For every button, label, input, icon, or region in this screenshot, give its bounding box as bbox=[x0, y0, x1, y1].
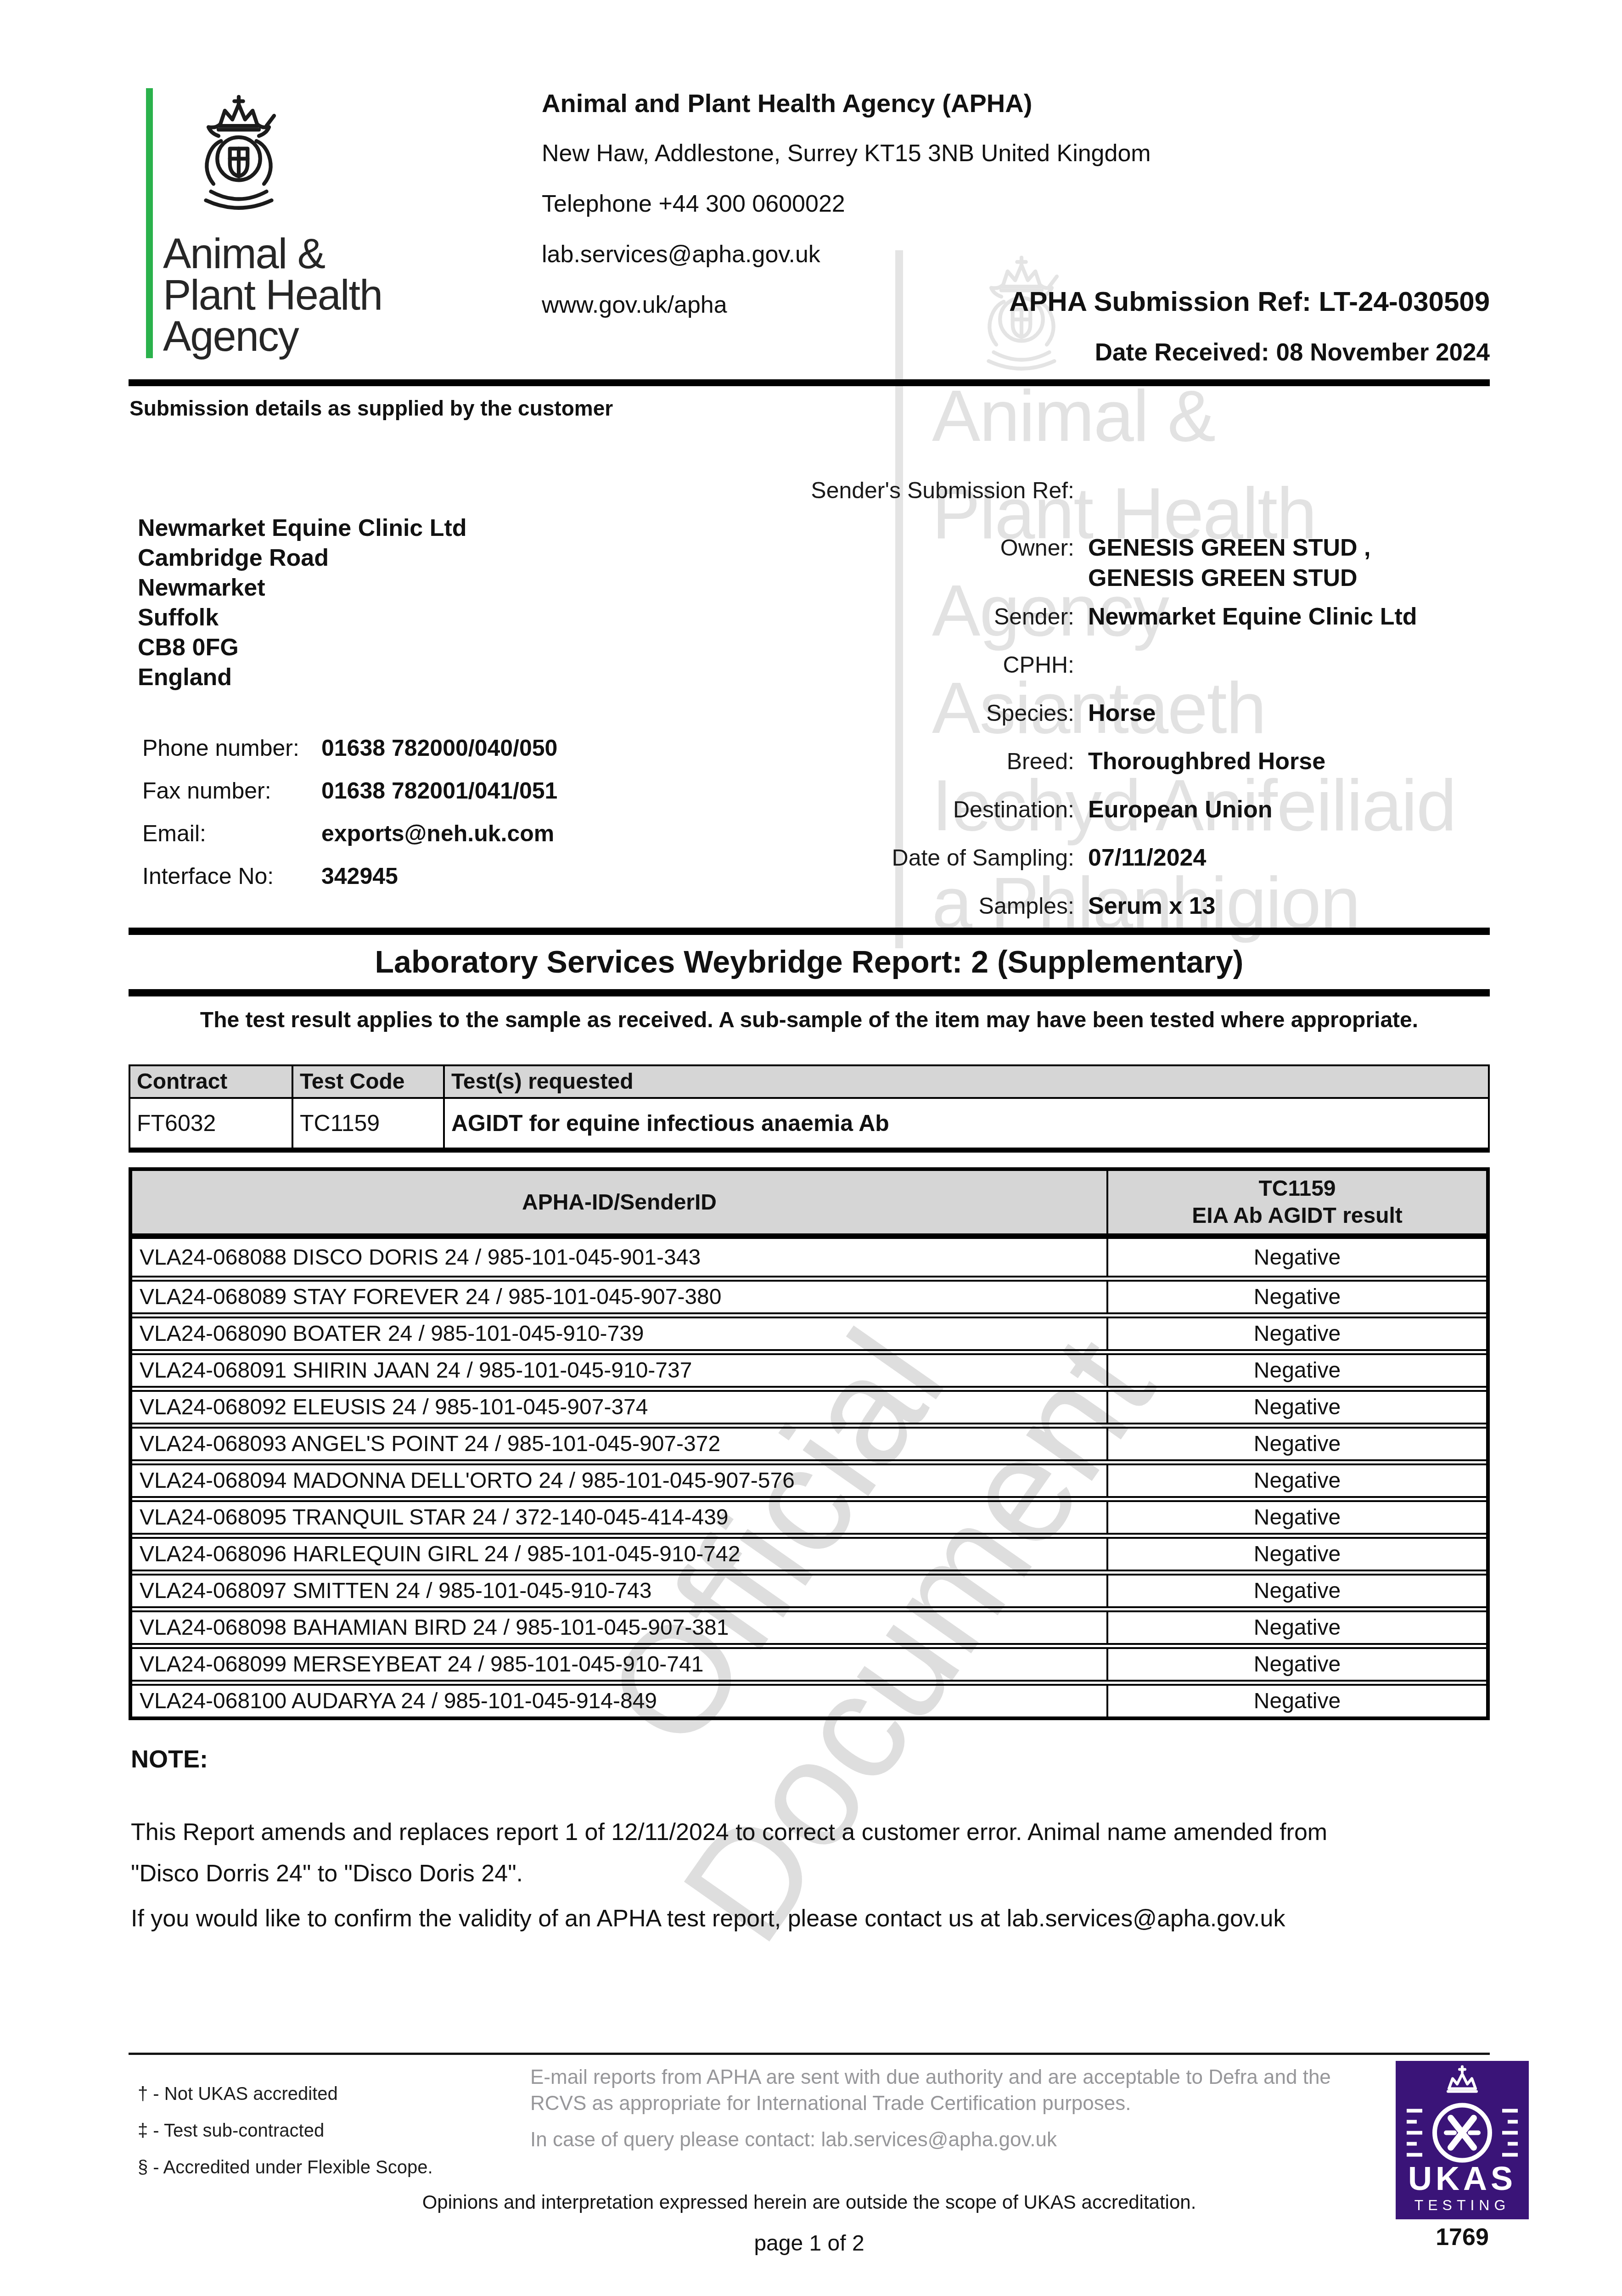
address-line: England bbox=[138, 663, 467, 692]
table-row: VLA24-068099 MERSEYBEAT 24 / 985-101-045… bbox=[132, 1643, 1486, 1680]
agency-email: lab.services@apha.gov.uk bbox=[542, 229, 1350, 280]
tests-requested-header: Test(s) requested bbox=[444, 1065, 1489, 1098]
tests-requested-value: AGIDT for equine infectious anaemia Ab bbox=[444, 1098, 1489, 1150]
submission-fields: Sender's Submission Ref: Owner:GENESIS G… bbox=[776, 475, 1490, 934]
page-number: page 1 of 2 bbox=[129, 2231, 1490, 2256]
contract-header-row: Contract Test Code Test(s) requested bbox=[129, 1065, 1489, 1098]
field-row: Breed:Thoroughbred Horse bbox=[776, 746, 1490, 794]
band-rule bbox=[129, 928, 1490, 935]
email-row: Email:exports@neh.uk.com bbox=[142, 812, 557, 855]
agency-address: New Haw, Addlestone, Surrey KT15 3NB Uni… bbox=[542, 128, 1350, 179]
table-row: VLA24-068092 ELEUSIS 24 / 985-101-045-90… bbox=[132, 1386, 1486, 1423]
interface-row: Interface No:342945 bbox=[142, 855, 557, 898]
apha-logo: Animal & Plant Health Agency bbox=[138, 87, 459, 363]
contract-data-row: FT6032 TC1159 AGIDT for equine infectiou… bbox=[129, 1098, 1489, 1150]
field-row: Destination:European Union bbox=[776, 794, 1490, 843]
date-received: Date Received: 08 November 2024 bbox=[551, 338, 1490, 366]
accreditation-note: § - Accredited under Flexible Scope. bbox=[138, 2149, 433, 2186]
header-divider bbox=[129, 379, 1490, 386]
field-row: Sender:Newmarket Equine Clinic Ltd bbox=[776, 602, 1490, 650]
address-line: Cambridge Road bbox=[138, 543, 467, 573]
footer-divider bbox=[129, 2053, 1490, 2055]
address-line: Suffolk bbox=[138, 603, 467, 633]
report-title-band: Laboratory Services Weybridge Report: 2 … bbox=[129, 928, 1490, 996]
table-row: VLA24-068091 SHIRIN JAAN 24 / 985-101-04… bbox=[132, 1349, 1486, 1386]
ukas-symbol-icon bbox=[1446, 2118, 1478, 2148]
royal-crest-icon bbox=[163, 87, 314, 225]
customer-contact: Phone number:01638 782000/040/050 Fax nu… bbox=[142, 727, 557, 898]
table-row: VLA24-068096 HARLEQUIN GIRL 24 / 985-101… bbox=[132, 1533, 1486, 1570]
results-table: APHA-ID/SenderID TC1159 EIA Ab AGIDT res… bbox=[129, 1167, 1490, 1720]
query-contact: In case of query please contact: lab.ser… bbox=[530, 2127, 1347, 2153]
agency-telephone: Telephone +44 300 0600022 bbox=[542, 179, 1350, 229]
email-authority-notice: E-mail reports from APHA are sent with d… bbox=[530, 2064, 1347, 2153]
contract-header: Contract bbox=[129, 1065, 292, 1098]
table-row: VLA24-068089 STAY FOREVER 24 / 985-101-0… bbox=[132, 1276, 1486, 1312]
ukas-name: UKAS bbox=[1408, 2161, 1516, 2197]
submission-ref: APHA Submission Ref: LT-24-030509 bbox=[551, 286, 1490, 317]
email-notice-text: E-mail reports from APHA are sent with d… bbox=[530, 2064, 1347, 2116]
accreditation-note: † - Not UKAS accredited bbox=[138, 2076, 433, 2112]
table-row: VLA24-068095 TRANQUIL STAR 24 / 372-140-… bbox=[132, 1496, 1486, 1533]
apha-id-header: APHA-ID/SenderID bbox=[132, 1171, 1108, 1233]
table-row: VLA24-068094 MADONNA DELL'ORTO 24 / 985-… bbox=[132, 1459, 1486, 1496]
field-row: Sender's Submission Ref: bbox=[776, 475, 1490, 533]
table-row: VLA24-068090 BOATER 24 / 985-101-045-910… bbox=[132, 1312, 1486, 1349]
customer-address: Newmarket Equine Clinic Ltd Cambridge Ro… bbox=[138, 513, 467, 692]
field-row: Species:Horse bbox=[776, 698, 1490, 746]
validity-paragraph: If you would like to confirm the validit… bbox=[131, 1905, 1490, 1932]
submission-ref-block: APHA Submission Ref: LT-24-030509 Date R… bbox=[551, 286, 1490, 366]
table-row: VLA24-068100 AUDARYA 24 / 985-101-045-91… bbox=[132, 1680, 1486, 1716]
phone-row: Phone number:01638 782000/040/050 bbox=[142, 727, 557, 770]
result-column-header: TC1159 EIA Ab AGIDT result bbox=[1108, 1171, 1486, 1233]
ukas-type: TESTING bbox=[1414, 2197, 1510, 2213]
contract-value: FT6032 bbox=[129, 1098, 292, 1150]
report-title: Laboratory Services Weybridge Report: 2 … bbox=[129, 935, 1490, 989]
ukas-logo: UKAS TESTING bbox=[1396, 2061, 1529, 2219]
agency-title: Animal and Plant Health Agency (APHA) bbox=[542, 88, 1350, 118]
accreditation-notes: † - Not UKAS accredited ‡ - Test sub-con… bbox=[138, 2076, 433, 2186]
address-line: CB8 0FG bbox=[138, 633, 467, 663]
table-row: VLA24-068097 SMITTEN 24 / 985-101-045-91… bbox=[132, 1570, 1486, 1606]
fax-row: Fax number:01638 782001/041/051 bbox=[142, 770, 557, 812]
test-code-value: TC1159 bbox=[292, 1098, 444, 1150]
accreditation-note: ‡ - Test sub-contracted bbox=[138, 2112, 433, 2149]
logo-green-bar-icon bbox=[146, 88, 153, 358]
table-row: VLA24-068093 ANGEL'S POINT 24 / 985-101-… bbox=[132, 1423, 1486, 1459]
logo-wordmark: Animal & Plant Health Agency bbox=[163, 233, 382, 357]
table-row: VLA24-068088 DISCO DORIS 24 / 985-101-04… bbox=[132, 1239, 1486, 1276]
address-line: Newmarket Equine Clinic Ltd bbox=[138, 513, 467, 543]
field-row: CPHH: bbox=[776, 650, 1490, 698]
results-header-row: APHA-ID/SenderID TC1159 EIA Ab AGIDT res… bbox=[132, 1171, 1486, 1239]
band-rule bbox=[129, 989, 1490, 996]
test-code-header: Test Code bbox=[292, 1065, 444, 1098]
table-row: VLA24-068098 BAHAMIAN BIRD 24 / 985-101-… bbox=[132, 1606, 1486, 1643]
field-row: Date of Sampling:07/11/2024 bbox=[776, 843, 1490, 891]
note-label: NOTE: bbox=[131, 1745, 208, 1773]
note-paragraph: This Report amends and replaces report 1… bbox=[131, 1812, 1384, 1894]
address-line: Newmarket bbox=[138, 573, 467, 603]
contract-table: Contract Test Code Test(s) requested FT6… bbox=[129, 1064, 1490, 1153]
report-disclaimer: The test result applies to the sample as… bbox=[129, 1007, 1490, 1034]
section-title: Submission details as supplied by the cu… bbox=[129, 396, 613, 421]
ukas-number: 1769 bbox=[1396, 2223, 1529, 2251]
opinions-disclaimer: Opinions and interpretation expressed he… bbox=[129, 2191, 1490, 2213]
field-row: Owner:GENESIS GREEN STUD , GENESIS GREEN… bbox=[776, 533, 1490, 602]
